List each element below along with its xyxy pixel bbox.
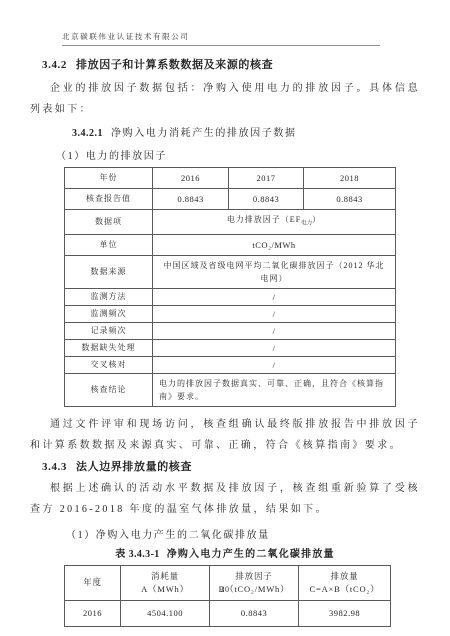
table-row-unit: 单位 tCO₂/MWh	[65, 234, 396, 255]
section-title: 法人边界排放量的核查	[76, 461, 192, 473]
table-header-row: 年度 消耗量A（MWh） 排放因子B（tCO₂/MWh） 排放量C=A×B（tC…	[65, 565, 391, 600]
table-row-years: 年份 2016 2017 2018	[65, 168, 396, 189]
row-label: 监测频次	[65, 305, 153, 322]
unit-value: tCO₂/MWh	[153, 234, 396, 255]
after-factor-table-paragraph: 通过文件评审和现场访问，核查组确认最终版排放报告中排放因子和计算系数数据及来源真…	[30, 414, 420, 456]
row-value: /	[153, 322, 396, 339]
header-consumption: 消耗量A（MWh）	[121, 565, 210, 600]
row-label-unit: 单位	[65, 234, 153, 255]
table-data-row-2016: 2016 4504.100 0.8843 3982.98	[65, 600, 391, 626]
table-row-data-item: 数据项 电力排放因子（EF电力）	[65, 210, 396, 235]
report-value-2016: 0.8843	[153, 189, 229, 210]
conclusion-value: 电力的排放因子数据真实、可靠、正确，且符合《核算指南》要求。	[153, 373, 396, 406]
subsection-number: 3.4.2.1	[72, 128, 103, 139]
emission-factor-table: 年份 2016 2017 2018 核查报告值 0.8843 0.8843 0.…	[64, 167, 396, 407]
row-value: /	[153, 339, 396, 356]
row-label: 监测方法	[65, 288, 153, 305]
cell-factor: 0.8843	[210, 600, 299, 626]
cell-emission: 3982.98	[299, 600, 391, 626]
row-label-report-value: 核查报告值	[65, 189, 153, 210]
section-3-4-2-heading: 3.4.2排放因子和计算系数数据及来源的核查	[42, 56, 420, 72]
header-emission: 排放量C=A×B（tCO₂）	[299, 565, 391, 600]
row-value: /	[153, 356, 396, 373]
caption-number: 表 3.4.3-1	[115, 549, 159, 560]
table-row-missing-data-handling: 数据缺失处理 /	[65, 339, 396, 356]
table-3-4-3-1-caption: 表 3.4.3-1净购入电力产生的二氧化碳排放量	[30, 545, 420, 560]
data-item-value: 电力排放因子（EF电力）	[153, 210, 396, 235]
header-emission-line1: 排放量	[301, 570, 388, 583]
row-value: /	[153, 288, 396, 305]
header-factor: 排放因子B（tCO₂/MWh）	[210, 565, 299, 600]
section-3-4-2-intro-paragraph: 企业的排放因子数据包括：净购入使用电力的排放因子。具体信息列表如下：	[30, 78, 420, 120]
row-label: 记录频次	[65, 322, 153, 339]
table-row-record-frequency: 记录频次 /	[65, 322, 396, 339]
header-year: 年度	[65, 565, 121, 600]
table-row-cross-check: 交叉核对 /	[65, 356, 396, 373]
electricity-emission-table: 年度 消耗量A（MWh） 排放因子B（tCO₂/MWh） 排放量C=A×B（tC…	[64, 565, 391, 627]
section-3-4-3-intro-paragraph: 根据上述确认的活动水平数据及排放因子，核查组重新验算了受核查方 2016-201…	[30, 478, 420, 520]
page-header: 北京碳联伟业认证技术有限公司	[62, 31, 380, 46]
header-consumption-line1: 消耗量	[123, 570, 207, 583]
table-row-report-values: 核查报告值 0.8843 0.8843 0.8843	[65, 189, 396, 210]
ef-prefix: 电力排放因子（EF	[227, 215, 301, 224]
table-row-monitor-method: 监测方法 /	[65, 288, 396, 305]
table-row-monitor-frequency: 监测频次 /	[65, 305, 396, 322]
ef-suffix: ）	[312, 215, 321, 224]
caption-title: 净购入电力产生的二氧化碳排放量	[167, 549, 335, 560]
row-label: 交叉核对	[65, 356, 153, 373]
document-page: 北京碳联伟业认证技术有限公司 3.4.2排放因子和计算系数数据及来源的核查 企业…	[0, 0, 450, 636]
table-row-data-source: 数据来源 中国区域及省级电网平均二氧化碳排放因子（2012 华北电网）	[65, 255, 396, 288]
page-number: 20	[0, 585, 450, 594]
report-value-2017: 0.8843	[229, 189, 304, 210]
header-company-name: 北京碳联伟业认证技术有限公司	[62, 32, 189, 41]
section-number: 3.4.3	[42, 461, 67, 473]
row-label-data-source: 数据来源	[65, 255, 153, 288]
ef-subscript: 电力	[301, 221, 312, 227]
section-title: 排放因子和计算系数数据及来源的核查	[76, 59, 273, 71]
year-2016: 2016	[153, 168, 229, 189]
table-row-conclusion: 核查结论 电力的排放因子数据真实、可靠、正确，且符合《核算指南》要求。	[65, 373, 396, 406]
row-label-conclusion: 核查结论	[65, 373, 153, 406]
report-value-2018: 0.8843	[304, 189, 396, 210]
row-label: 数据缺失处理	[65, 339, 153, 356]
year-2018: 2018	[304, 168, 396, 189]
section-3-4-2-1-heading: 3.4.2.1净购入电力消耗产生的排放因子数据	[72, 124, 420, 139]
section-number: 3.4.2	[42, 59, 67, 71]
item-label-electricity-emission: （1）净购入电力产生的二氧化碳排放量	[66, 526, 420, 541]
year-2017: 2017	[229, 168, 304, 189]
section-3-4-3-heading: 3.4.3法人边界排放量的核查	[42, 458, 420, 474]
row-label-data-item: 数据项	[65, 210, 153, 235]
subsection-title: 净购入电力消耗产生的排放因子数据	[111, 128, 297, 139]
header-factor-line1: 排放因子	[212, 570, 296, 583]
data-source-value: 中国区域及省级电网平均二氧化碳排放因子（2012 华北电网）	[153, 255, 396, 288]
cell-year: 2016	[65, 600, 121, 626]
item-label-electricity-factor: （1）电力的排放因子	[56, 147, 420, 162]
cell-consumption: 4504.100	[121, 600, 210, 626]
row-value: /	[153, 305, 396, 322]
row-label-year: 年份	[65, 168, 153, 189]
